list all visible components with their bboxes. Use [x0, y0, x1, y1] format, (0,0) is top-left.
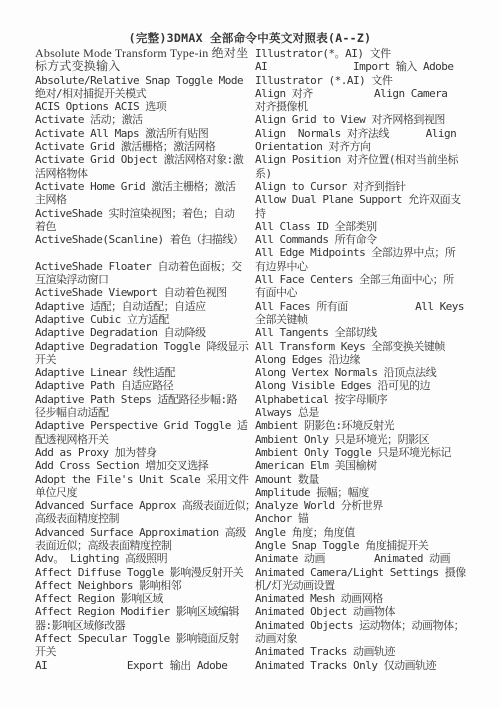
- glossary-line: 互渲染浮动窗口: [35, 273, 249, 286]
- glossary-line: Illustrator (*.AI) 文件: [255, 74, 480, 87]
- glossary-line: Ambient Only Toggle 只是环境光标记: [255, 446, 480, 459]
- glossary-line: All Transform Keys 全部变换关键帧: [255, 340, 480, 353]
- glossary-line: Adaptive Degradation Toggle 降级显示: [35, 340, 249, 353]
- document-page: (完整)3DMAX 全部命令中英文对照表(A--Z) Absolute Mode…: [0, 0, 500, 708]
- glossary-line: 高级表面精度控制: [35, 512, 249, 525]
- glossary-line: Activate Grid Object 激活网格对象:激: [35, 153, 249, 166]
- glossary-line: All Edge Midpoints 全部边界中点；所: [255, 246, 480, 259]
- glossary-line: Align Grid to View 对齐网格到视图: [255, 113, 480, 126]
- glossary-line: [35, 246, 249, 259]
- glossary-line: 配透视网格开关: [35, 433, 249, 446]
- page-title: (完整)3DMAX 全部命令中英文对照表(A--Z): [0, 30, 500, 46]
- glossary-line: Adaptive Path 自适应路径: [35, 379, 249, 392]
- glossary-line: Always 总是: [255, 406, 480, 419]
- glossary-line: Affect Diffuse Toggle 影响漫反射开关: [35, 566, 249, 579]
- glossary-line: 对齐摄像机: [255, 100, 480, 113]
- glossary-line: Add as Proxy 加为替身: [35, 446, 249, 459]
- glossary-line: Animated Objects 运动物体；动画物体；: [255, 619, 480, 632]
- glossary-line: ActiveShade(Scanline) 着色（扫描线）: [35, 233, 249, 246]
- glossary-line: Ambient Only 只是环境光；阴影区: [255, 433, 480, 446]
- glossary-line: Align 对齐 Align Camera: [255, 87, 480, 100]
- glossary-line: ACIS Options ACIS 选项: [35, 100, 249, 113]
- glossary-line: Along Edges 沿边缘: [255, 353, 480, 366]
- glossary-line: Ambient 阴影色:环境反射光: [255, 419, 480, 432]
- glossary-line: 全部关键帧: [255, 313, 480, 326]
- glossary-line: Align Position 对齐位置(相对当前坐标: [255, 153, 480, 166]
- glossary-line: Animated Object 动画物体: [255, 605, 480, 618]
- glossary-line: Along Vertex Normals 沿顶点法线: [255, 366, 480, 379]
- glossary-line: Align Normals 对齐法线 Align: [255, 127, 480, 140]
- glossary-line: Allow Dual Plane Support 允许双面支: [255, 193, 480, 206]
- glossary-line: Illustrator(*。AI) 文件: [255, 47, 480, 60]
- glossary-line: All Face Centers 全部三角面中心；所: [255, 273, 480, 286]
- glossary-line: Anchor 锚: [255, 512, 480, 525]
- glossary-line: ActiveShade Viewport 自动着色视图: [35, 286, 249, 299]
- glossary-line: Adaptive Path Steps 适配路径步幅:路: [35, 393, 249, 406]
- glossary-line: Adaptive Degradation 自动降级: [35, 326, 249, 339]
- glossary-line: Adv。 Lighting 高级照明: [35, 552, 249, 565]
- glossary-line: Animate 动画 Animated 动画: [255, 552, 480, 565]
- glossary-line: American Elm 美国榆树: [255, 459, 480, 472]
- glossary-line: Advanced Surface Approx 高级表面近似；: [35, 499, 249, 512]
- glossary-line: Along Visible Edges 沿可见的边: [255, 379, 480, 392]
- glossary-line: Amount 数量: [255, 473, 480, 486]
- glossary-line: 活网格物体: [35, 167, 249, 180]
- glossary-line: Absolute/Relative Snap Toggle Mode: [35, 74, 249, 87]
- glossary-line: Activate Grid 激活栅格；激活网格: [35, 140, 249, 153]
- glossary-line: 径步幅自动适配: [35, 406, 249, 419]
- glossary-line: 着色: [35, 220, 249, 233]
- glossary-line: Affect Neighbors 影响相邻: [35, 579, 249, 592]
- glossary-line: Align to Cursor 对齐到指针: [255, 180, 480, 193]
- glossary-line: Animated Camera/Light Settings 摄像: [255, 566, 480, 579]
- glossary-line: 标方式变换输入: [35, 60, 249, 73]
- glossary-line: Adopt the File's Unit Scale 采用文件: [35, 473, 249, 486]
- glossary-line: Adaptive 适配；自动适配；自适应: [35, 300, 249, 313]
- glossary-line: Adaptive Cubic 立方适配: [35, 313, 249, 326]
- glossary-line: AI Export 输出 Adobe: [35, 659, 249, 672]
- glossary-line: ActiveShade Floater 自动着色面板；交: [35, 260, 249, 273]
- glossary-line: Animated Tracks Only 仅动画轨迹: [255, 659, 480, 672]
- glossary-line: Affect Region Modifier 影响区域编辑: [35, 605, 249, 618]
- glossary-line: All Class ID 全部类别: [255, 220, 480, 233]
- glossary-line: Amplitude 振幅；幅度: [255, 486, 480, 499]
- glossary-line: 单位尺度: [35, 486, 249, 499]
- glossary-line: Angle 角度；角度值: [255, 526, 480, 539]
- glossary-line: 开关: [35, 645, 249, 658]
- glossary-line: 表面近似；高级表面精度控制: [35, 539, 249, 552]
- glossary-line: 绝对/相对捕捉开关模式: [35, 87, 249, 100]
- glossary-line: All Tangents 全部切线: [255, 326, 480, 339]
- glossary-line: Activate 活动；激活: [35, 113, 249, 126]
- glossary-column-right: Illustrator(*。AI) 文件AI Import 输入 AdobeIl…: [255, 47, 480, 672]
- glossary-line: Adaptive Linear 线性适配: [35, 366, 249, 379]
- glossary-line: Orientation 对齐方向: [255, 140, 480, 153]
- glossary-line: All Commands 所有命令: [255, 233, 480, 246]
- glossary-line: Animated Mesh 动画网格: [255, 592, 480, 605]
- glossary-line: Adaptive Perspective Grid Toggle 适: [35, 419, 249, 432]
- glossary-line: Advanced Surface Approximation 高级: [35, 526, 249, 539]
- glossary-line: 持: [255, 207, 480, 220]
- glossary-line: Add Cross Section 增加交叉选择: [35, 459, 249, 472]
- glossary-line: ActiveShade 实时渲染视图；着色；自动: [35, 207, 249, 220]
- glossary-line: 主网格: [35, 193, 249, 206]
- glossary-column-left: Absolute Mode Transform Type-in 绝对坐标方式变换…: [35, 47, 249, 672]
- glossary-line: 有边界中心: [255, 260, 480, 273]
- glossary-line: Activate All Maps 激活所有贴图: [35, 127, 249, 140]
- glossary-line: 系): [255, 167, 480, 180]
- glossary-line: 器:影响区域修改器: [35, 619, 249, 632]
- glossary-line: Alphabetical 按字母顺序: [255, 393, 480, 406]
- glossary-line: 有面中心: [255, 286, 480, 299]
- glossary-line: Affect Specular Toggle 影响镜面反射: [35, 632, 249, 645]
- glossary-line: Analyze World 分析世界: [255, 499, 480, 512]
- glossary-line: AI Import 输入 Adobe: [255, 60, 480, 73]
- glossary-line: 开关: [35, 353, 249, 366]
- glossary-line: Activate Home Grid 激活主栅格；激活: [35, 180, 249, 193]
- glossary-line: Affect Region 影响区域: [35, 592, 249, 605]
- glossary-line: Animated Tracks 动画轨迹: [255, 645, 480, 658]
- glossary-line: 动画对象: [255, 632, 480, 645]
- glossary-columns: Absolute Mode Transform Type-in 绝对坐标方式变换…: [35, 47, 480, 672]
- glossary-line: Angle Snap Toggle 角度捕捉开关: [255, 539, 480, 552]
- glossary-line: All Faces 所有面 All Keys: [255, 300, 480, 313]
- glossary-line: 机/灯光动画设置: [255, 579, 480, 592]
